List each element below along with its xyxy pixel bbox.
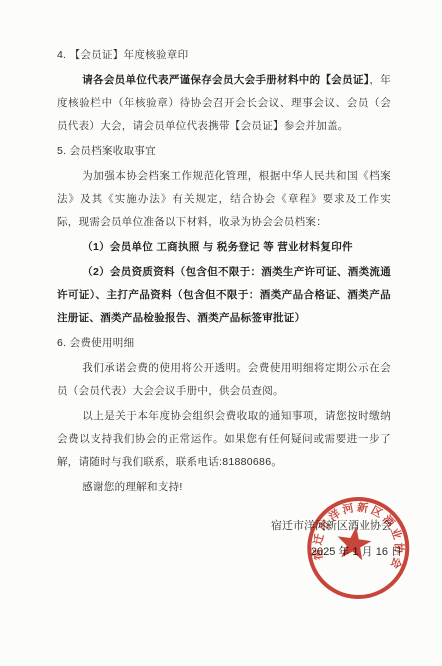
section-6-paragraph-2: 以上是关于本年度协会组织会费收取的通知事项，请您按时缴纳会费以支持我们协会的正常… (57, 405, 391, 474)
section-4-heading: 4. 【会员证】年度核验章印 (57, 44, 391, 67)
section-4-paragraph-bold: 请各会员单位代表严谨保存会员大会手册材料中的【会员证】 (82, 74, 369, 86)
closing-thanks-line: 感谢您的理解和支持! (57, 476, 391, 499)
section-6-heading: 6. 会费使用明细 (57, 332, 391, 355)
section-6-paragraph-1: 我们承诺会费的使用将公开透明。会费使用明细将定期公示在会员（会员代表）大会会议手… (57, 357, 391, 403)
section-4-paragraph: 请各会员单位代表严谨保存会员大会手册材料中的【会员证】，年度核验栏中（年核验章）… (57, 69, 391, 138)
section-5-heading: 5. 会员档案收取事宜 (57, 140, 391, 163)
signature-block: 宿迁市洋河新区酒业协会 2025 年 1 月 16 日 (271, 519, 392, 559)
section-5-paragraph: 为加强本协会档案工作规范化管理，根据中华人民共和国《档案法》及其《实施办法》有关… (57, 165, 391, 234)
document-content: 4. 【会员证】年度核验章印 请各会员单位代表严谨保存会员大会手册材料中的【会员… (0, 0, 442, 501)
signature-date: 2025 年 1 月 16 日 (281, 545, 402, 559)
signature-org-name: 宿迁市洋河新区酒业协会 (271, 519, 392, 533)
section-5-list-item-2: （2）会员资质资料（包含但不限于：酒类生产许可证、酒类流通许可证）、主打产品资料… (57, 261, 391, 330)
document-page: 4. 【会员证】年度核验章印 请各会员单位代表严谨保存会员大会手册材料中的【会员… (0, 0, 442, 666)
section-5-list-item-1: （1）会员单位 工商执照 与 税务登记 等 营业材料复印件 (57, 236, 391, 259)
